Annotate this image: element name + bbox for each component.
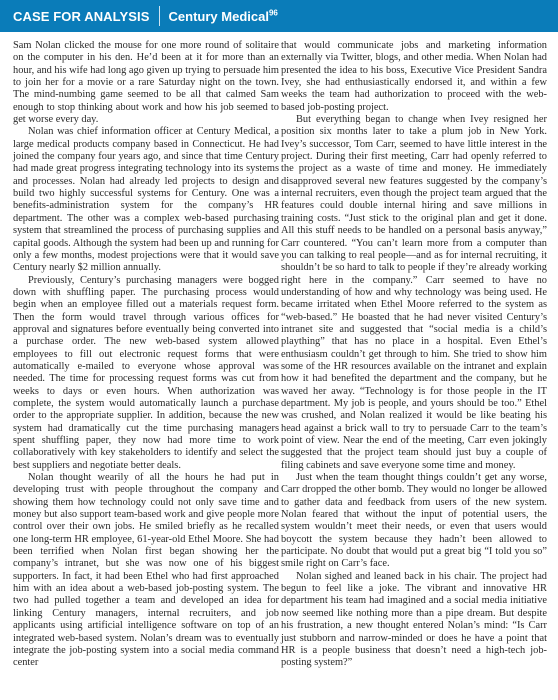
paragraph: Nolan sighed and leaned back in his chai… [281,571,547,670]
paragraph: Sam Nolan clicked the mouse for one more… [13,40,279,126]
paragraph: Nolan was chief information officer at C… [13,126,279,274]
paragraph: But everything began to change when Ivey… [281,114,547,472]
right-column: that would communicate jobs and marketin… [281,40,547,670]
paragraph: Just when the team thought things couldn… [281,472,547,571]
paragraph-continuation: that would communicate jobs and marketin… [281,40,547,114]
footnote-marker: 96 [269,8,278,17]
paragraph: Previously, Century’s purchasing manager… [13,275,279,473]
case-for-analysis-label: CASE FOR ANALYSIS [13,9,150,24]
left-column: Sam Nolan clicked the mouse for one more… [13,40,279,670]
case-header-banner: CASE FOR ANALYSIS Century Medical96 [0,0,558,32]
case-title: Century Medical96 [169,9,278,24]
case-title-text: Century Medical [169,9,269,24]
paragraph: Nolan thought wearily of all the hours h… [13,472,279,670]
header-divider [159,6,160,26]
